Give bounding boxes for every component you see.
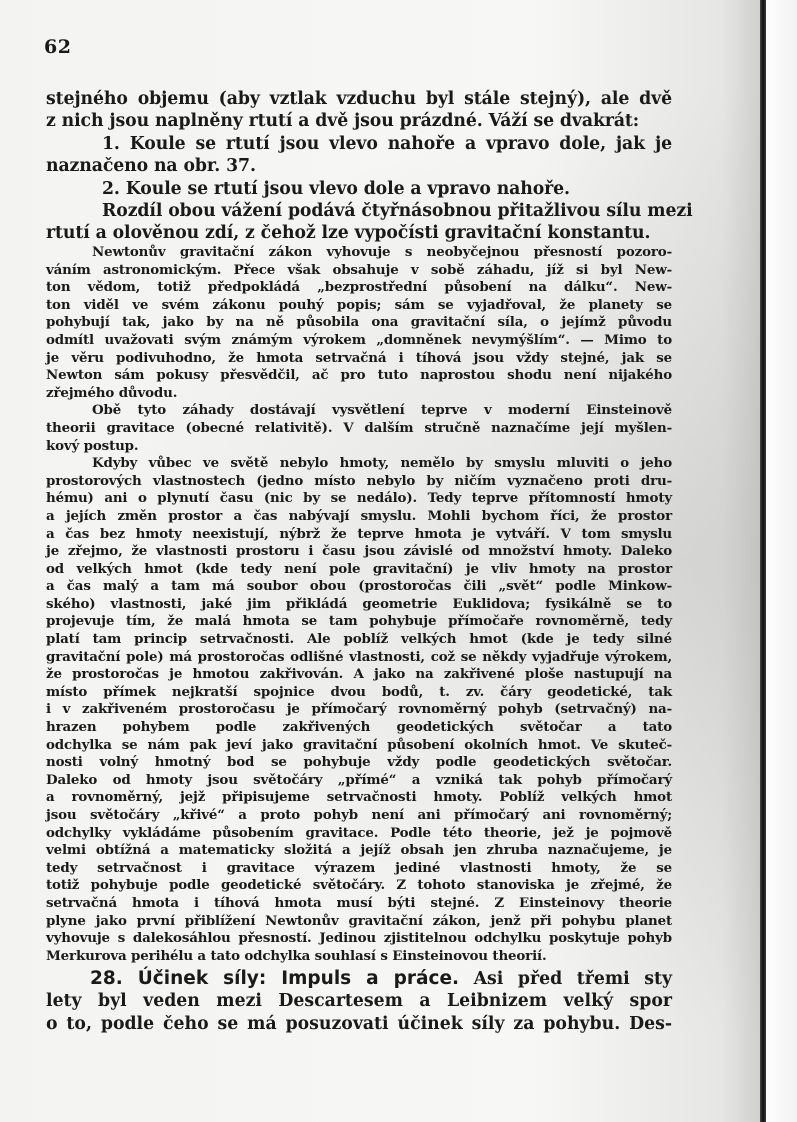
text-line: stejného objemu (aby vztlak vzduchu byl … (46, 88, 672, 110)
text-line: z nich jsou naplněny rtutí a dvě jsou pr… (46, 110, 672, 132)
text-line: Merkurova perihélu a tato odchylka souhl… (46, 948, 672, 966)
text-line: jsou světočáry „křivé“ a proto pohyb nen… (46, 807, 672, 825)
text-line: gravitační pole) má prostoročas odlišné … (46, 649, 672, 667)
text-line: ského) vlastnosti, jaké jim přikládá geo… (46, 596, 672, 614)
text-line: 28. Účinek síly: Impuls a práce. Asi pře… (46, 968, 672, 990)
text-line: Obě tyto záhady dostávají vysvětlení tep… (46, 402, 672, 420)
intro-paragraphs: stejného objemu (aby vztlak vzduchu byl … (46, 88, 672, 245)
text-line: odchylka se nám pak jeví jako gravitační… (46, 737, 672, 755)
text-line: totiž pohybuje podle geodetické světočár… (46, 877, 672, 895)
text-line: tedy setrvačnost i gravitace výrazem jed… (46, 860, 672, 878)
text-line: pohybují tak, jako by na ně působila ona… (46, 314, 672, 332)
text-line: hrazen pohybem podle zakřivených geodeti… (46, 719, 672, 737)
section-heading: 28. Účinek síly: Impuls a práce. (90, 968, 459, 989)
text-line: rtutí a olověnou zdí, z čehož lze vypočí… (46, 222, 672, 244)
text-line: projevuje tím, že malá hmota se tam pohy… (46, 613, 672, 631)
text-line: o to, podle čeho se má posuzovati účinek… (46, 1013, 672, 1035)
text-line: hému) ani o plynutí času (nic by se nedá… (46, 490, 672, 508)
text-line: místo přímek nejkratší spojnice dvou bod… (46, 684, 672, 702)
text-line: a čas malý a tam má soubor obou (prostor… (46, 578, 672, 596)
section-28: 28. Účinek síly: Impuls a práce. Asi pře… (46, 968, 672, 1035)
text-line: odchylky vykládáme působením gravitace. … (46, 825, 672, 843)
page-number: 62 (44, 36, 71, 58)
text-line: je zřejmo, že vlastnosti prostoru i času… (46, 543, 672, 561)
text-line: a jejích změn prostor a čas nabývají smy… (46, 508, 672, 526)
text-line: váním astronomickým. Přece však obsahuje… (46, 262, 672, 280)
text-line: Newtonův gravitační zákon vyhovuje s neo… (46, 244, 672, 262)
text-line: plyne jako první přiblížení Newtonův gra… (46, 913, 672, 931)
text-line: odmítl uvažovati svým známým výrokem „do… (46, 332, 672, 350)
adjacent-page-edge (766, 0, 797, 1122)
text-line: platí tam princip setrvačnosti. Ale pobl… (46, 631, 672, 649)
text-line: od velkých hmot (kde tedy není pole grav… (46, 561, 672, 579)
text-line: velmi obtížná a matematicky složitá a je… (46, 842, 672, 860)
text-line: a rovnoměrný, jejž připisujeme setrvačno… (46, 789, 672, 807)
small-print-note: Newtonův gravitační zákon vyhovuje s neo… (46, 244, 672, 965)
text-line: je věru podivuhodno, že hmota setrvačná … (46, 350, 672, 368)
text-line: lety byl veden mezi Descartesem a Leibni… (46, 990, 672, 1012)
list-item-1: 1. Koule se rtutí jsou vlevo nahoře a vp… (46, 133, 672, 155)
text-line: Kdyby vůbec ve světě nebylo hmoty, neměl… (46, 455, 672, 473)
text-line: nosti volný hmotný bod se pohybuje vždy … (46, 754, 672, 772)
text-line: Newton sám pokusy přesvědčil, ač pro tut… (46, 367, 672, 385)
text-line: Daleko od hmoty jsou světočáry „přímé“ a… (46, 772, 672, 790)
text-line: ton viděl ve svém zákonu pouhý popis; sá… (46, 297, 672, 315)
text-line: ton vědom, totiž předpokládá „bezprostře… (46, 279, 672, 297)
text-line: kový postup. (46, 438, 672, 456)
text-line: setrvačná hmota i tíhová hmota musí býti… (46, 895, 672, 913)
text-line: zřejmého důvodu. (46, 385, 672, 403)
section-text: Asi před třemi sty (474, 969, 672, 989)
list-item-2: 2. Koule se rtutí jsou vlevo dole a vpra… (46, 178, 672, 200)
text-line: i v zakřiveném prostoročasu je přímočarý… (46, 701, 672, 719)
text-line: vyhovuje s dalekosáhlou přesností. Jedin… (46, 930, 672, 948)
text-line: a čas bez hmoty neexistují, nýbrž že tep… (46, 526, 672, 544)
text-line: Rozdíl obou vážení podává čtyřnásobnou p… (46, 200, 672, 222)
text-line: theorii gravitace (obecné relativitě). V… (46, 420, 672, 438)
text-line: že prostoročas je hmotou zakřivován. A j… (46, 666, 672, 684)
text-line: prostorových vlastnostech (jedno místo n… (46, 473, 672, 491)
text-line: naznačeno na obr. 37. (46, 155, 672, 177)
